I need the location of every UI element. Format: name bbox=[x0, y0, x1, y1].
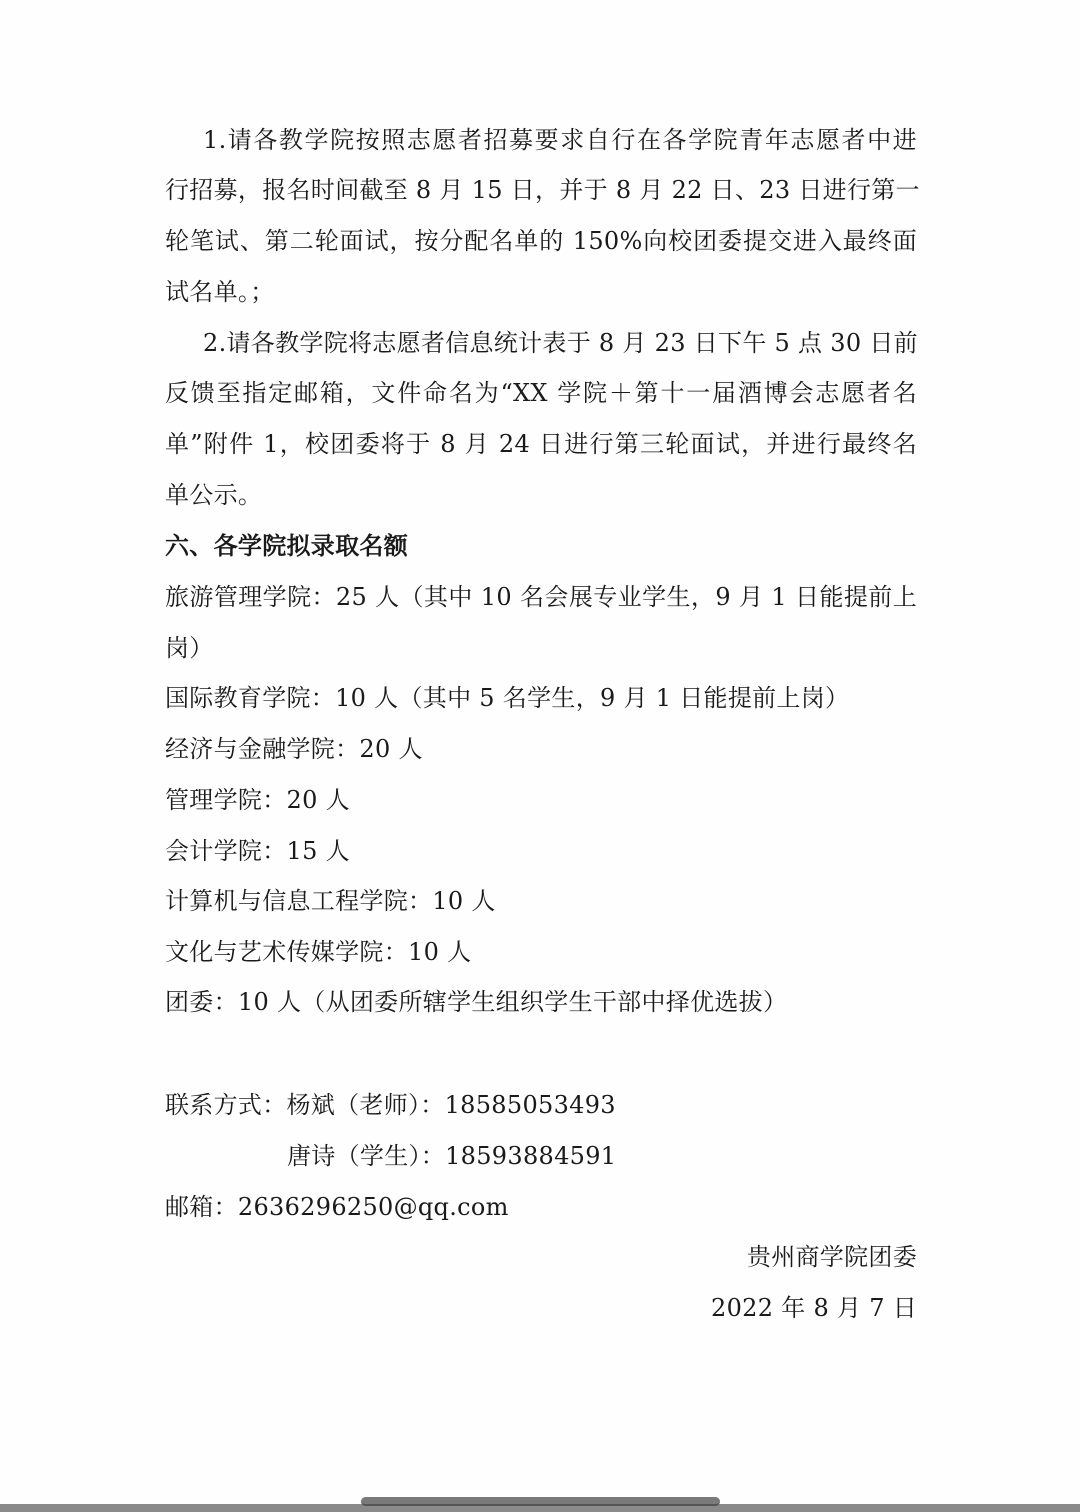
quota-line: 经济与金融学院：20 人 bbox=[165, 729, 917, 769]
quota-line: 文化与艺术传媒学院：10 人 bbox=[165, 932, 917, 972]
section-6-heading: 六、各学院拟录取名额 bbox=[165, 526, 917, 566]
paragraph-1-line-1: 1.请各教学院按照志愿者招募要求自行在各学院青年志愿者中进 bbox=[165, 120, 917, 160]
contact-teacher: 联系方式：杨斌（老师）：18585053493 bbox=[165, 1085, 917, 1125]
quota-line: 岗） bbox=[165, 628, 917, 668]
quota-line: 国际教育学院：10 人（其中 5 名学生，9 月 1 日能提前上岗） bbox=[165, 678, 917, 718]
paragraph-2-line-3: 单”附件 1，校团委将于 8 月 24 日进行第三轮面试，并进行最终名 bbox=[165, 424, 917, 464]
signature-date: 2022 年 8 月 7 日 bbox=[165, 1288, 917, 1328]
paragraph-1-line-2: 行招募，报名时间截至 8 月 15 日，并于 8 月 22 日、23 日进行第一 bbox=[165, 170, 917, 210]
signature-org: 贵州商学院团委 bbox=[165, 1237, 917, 1277]
quota-line: 管理学院：20 人 bbox=[165, 780, 917, 820]
paragraph-1-line-4: 试名单。； bbox=[165, 272, 917, 312]
home-indicator[interactable] bbox=[361, 1497, 720, 1506]
contact-email: 邮箱：2636296250@qq.com bbox=[165, 1187, 917, 1227]
contact-student: 唐诗（学生）：18593884591 bbox=[165, 1136, 917, 1176]
quota-line: 计算机与信息工程学院：10 人 bbox=[165, 881, 917, 921]
quota-line: 会计学院：15 人 bbox=[165, 831, 917, 871]
paragraph-1-line-3: 轮笔试、第二轮面试，按分配名单的 150%向校团委提交进入最终面 bbox=[165, 221, 917, 261]
paragraph-2-line-2: 反馈至指定邮箱，文件命名为“XX 学院＋第十一届酒博会志愿者名 bbox=[165, 373, 917, 413]
paragraph-2-line-4: 单公示。 bbox=[165, 475, 917, 515]
quota-line: 团委：10 人（从团委所辖学生组织学生干部中择优选拔） bbox=[165, 982, 917, 1022]
paragraph-2-line-1: 2.请各教学院将志愿者信息统计表于 8 月 23 日下午 5 点 30 日前 bbox=[165, 323, 917, 363]
quota-line: 旅游管理学院：25 人（其中 10 名会展专业学生，9 月 1 日能提前上 bbox=[165, 577, 917, 617]
